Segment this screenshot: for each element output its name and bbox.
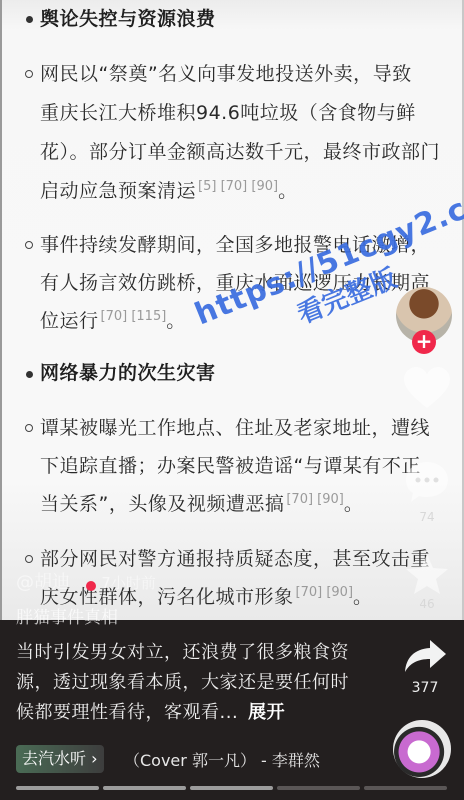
item-line: 网民以“祭奠”名义向事发地投送外卖，导致	[40, 59, 412, 86]
progress-segment[interactable]	[16, 786, 99, 790]
comment-bubble-icon[interactable]	[404, 460, 450, 504]
author-name[interactable]: @胡迪	[16, 572, 70, 593]
follow-button[interactable]: +	[412, 330, 436, 354]
item-line-last: 当关系”，头像及视频遭恶搞[70] [90]。	[40, 489, 363, 516]
sub-bullet-icon	[25, 70, 33, 78]
section-heading: 舆论失控与资源浪费	[40, 4, 216, 31]
music-title[interactable]: （Cover 郭一凡） - 李群然	[124, 748, 320, 771]
sub-bullet-icon	[25, 424, 33, 432]
description-text: 当时引发男女对立，还浪费了很多粮食资源，透过现象看本质，大家还是要任何时候都要理…	[16, 642, 349, 723]
item-line: 谭某被曝光工作地点、住址及老家地址，遭线	[40, 413, 430, 440]
progress-segment[interactable]	[277, 786, 360, 790]
bullet-icon	[26, 16, 33, 23]
comment-count: 74	[407, 510, 447, 524]
open-music-app-button[interactable]: 去汽水听 ›	[16, 745, 104, 773]
post-time: · 7小时前	[92, 574, 156, 592]
item-text: 位运行	[40, 310, 99, 332]
progress-segment[interactable]	[190, 786, 273, 790]
favorite-count: 46	[407, 597, 447, 611]
item-line: 重庆长江大桥堆积94.6吨垃圾（含食物与鲜	[40, 98, 416, 125]
citation-link[interactable]: [70] [90]	[296, 585, 354, 600]
share-arrow-icon[interactable]	[402, 638, 448, 674]
item-line-last: 启动应急预案清运[5] [70] [90]。	[40, 176, 298, 203]
period: 。	[353, 586, 373, 608]
live-dot-icon	[86, 581, 96, 591]
expand-button[interactable]: 展开	[248, 702, 285, 723]
author-handle[interactable]: @胡迪 · 7小时前	[16, 568, 156, 594]
citation-link[interactable]: [5] [70] [90]	[198, 179, 278, 194]
item-text: 当关系”，头像及视频遭恶搞	[40, 493, 284, 515]
bullet-icon	[26, 371, 33, 378]
item-line: 有人扬言效仿跳桥，重庆水面巡逻压力长期高	[40, 268, 430, 295]
citation-link[interactable]: [70] [115]	[101, 309, 167, 324]
item-line: 部分网民对警方通报持质疑态度，甚至攻击重	[40, 544, 430, 571]
citation-link[interactable]: [70] [90]	[286, 492, 344, 507]
period: 。	[166, 310, 186, 332]
progress-segment[interactable]	[103, 786, 186, 790]
item-line: 花）。部分订单金额高达数千元，最终市政部门	[40, 137, 440, 164]
period: 。	[278, 180, 298, 202]
progress-segment[interactable]	[364, 786, 447, 790]
item-text: 启动应急预案清运	[40, 180, 196, 202]
item-line: 事件持续发酵期间，全国多地报警电话激增，	[40, 230, 430, 257]
favorite-star-icon[interactable]	[404, 552, 450, 596]
video-description: 当时引发男女对立，还浪费了很多粮食资源，透过现象看本质，大家还是要任何时候都要理…	[16, 638, 356, 728]
sub-bullet-icon	[25, 241, 33, 249]
period: 。	[344, 493, 364, 515]
video-title: 胖猫事件真相	[16, 603, 118, 628]
document-screenshot: 舆论失控与资源浪费 网民以“祭奠”名义向事发地投送外卖，导致 重庆长江大桥堆积9…	[0, 0, 464, 620]
section-heading: 网络暴力的次生灾害	[40, 358, 216, 385]
sub-bullet-icon	[25, 555, 33, 563]
like-heart-icon[interactable]	[402, 366, 452, 410]
item-line-last: 位运行[70] [115]。	[40, 306, 186, 333]
share-count: 377	[405, 680, 445, 696]
item-line: 下追踪直播；办案民警被造谣“与谭某有不正	[40, 451, 421, 478]
music-disc-avatar[interactable]	[393, 720, 451, 778]
